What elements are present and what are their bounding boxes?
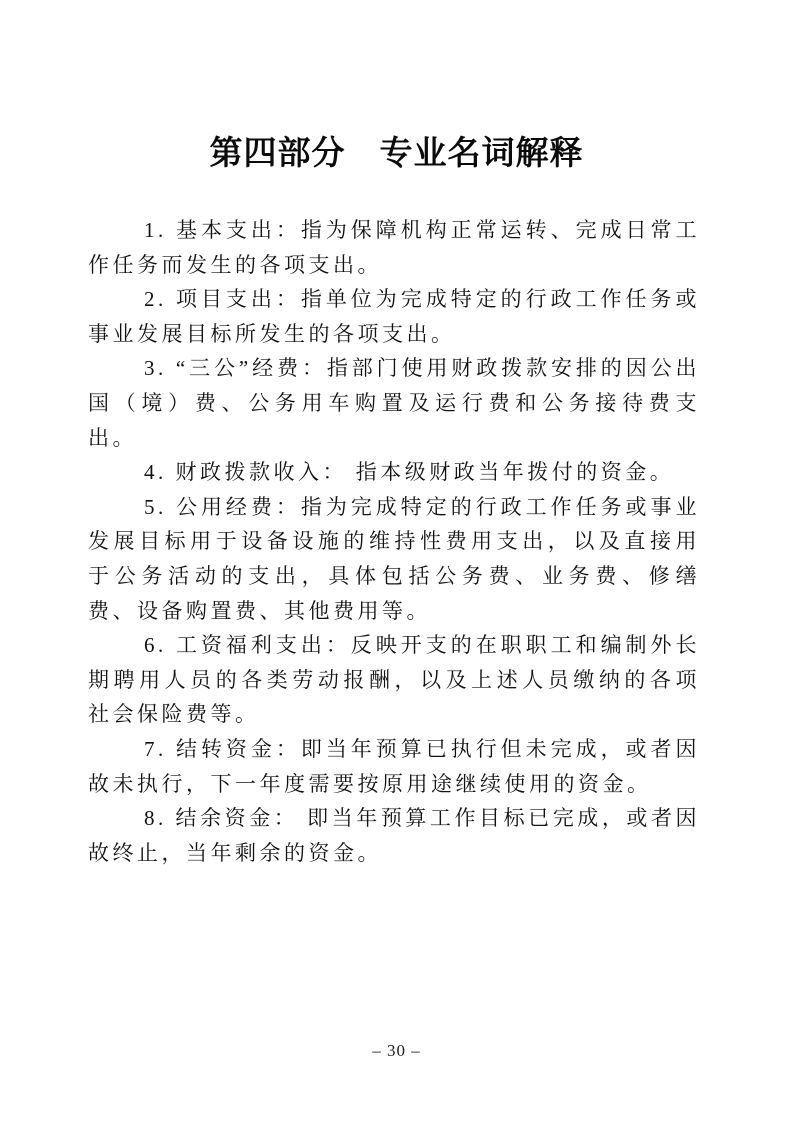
- definition-paragraph-three-public-funds: 3. “三公”经费：指部门使用财政拨款安排的因公出国（境）费、公务用车购置及运行…: [88, 351, 700, 455]
- definition-paragraph-basic-expenditure: 1. 基本支出：指为保障机构正常运转、完成日常工作任务而发生的各项支出。: [88, 213, 700, 282]
- page-number: – 30 –: [0, 1040, 793, 1062]
- definition-paragraph-wage-welfare-expenditure: 6. 工资福利支出：反映开支的在职职工和编制外长期聘用人员的各类劳动报酬，以及上…: [88, 628, 700, 732]
- definition-paragraph-project-expenditure: 2. 项目支出：指单位为完成特定的行政工作任务或事业发展目标所发生的各项支出。: [88, 282, 700, 351]
- definitions-list: 1. 基本支出：指为保障机构正常运转、完成日常工作任务而发生的各项支出。 2. …: [88, 213, 700, 870]
- definition-paragraph-fiscal-appropriation-income: 4. 财政拨款收入： 指本级财政当年拨付的资金。: [88, 455, 700, 490]
- definition-paragraph-surplus-funds: 8. 结余资金： 即当年预算工作目标已完成，或者因故终止，当年剩余的资金。: [88, 801, 700, 870]
- definition-paragraph-public-funds: 5. 公用经费：指为完成特定的行政工作任务或事业发展目标用于设备设施的维持性费用…: [88, 490, 700, 628]
- document-page: 第四部分 专业名词解释 1. 基本支出：指为保障机构正常运转、完成日常工作任务而…: [0, 0, 793, 1122]
- page-title: 第四部分 专业名词解释: [0, 134, 793, 174]
- definition-paragraph-carryover-funds: 7. 结转资金：即当年预算已执行但未完成，或者因故未执行，下一年度需要按原用途继…: [88, 732, 700, 801]
